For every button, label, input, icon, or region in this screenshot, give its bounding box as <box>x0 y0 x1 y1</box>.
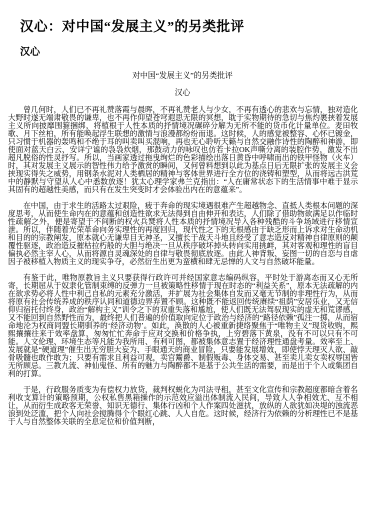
page-title: 汉心：对中国“发展主义”的另类批评 <box>0 0 365 34</box>
body-paragraph-1: 曾几何时，人们已不再礼赞落霞与晨晖，不再礼赞老人与少女，不再有透心的悲欢与忘情，… <box>8 106 358 194</box>
author-byline: 汉心 <box>0 34 365 58</box>
article-body: 曾几何时，人们已不再礼赞落霞与晨晖，不再礼赞老人与少女，不再有透心的悲欢与忘情，… <box>0 97 365 426</box>
document-page: 汉心：对中国“发展主义”的另类批评 汉心 对中国“发展主义”的另类批评 汉心 曾… <box>0 0 365 516</box>
document-centered-author: 汉心 <box>0 80 365 97</box>
body-paragraph-2: 在中国，由于求生的活路太过艰险，疲于奔命的现实境遇很难产生超越物念、直抵人类根本… <box>8 202 358 266</box>
body-paragraph-3: 有鉴于此，唯物原教旨主义只要获得行政许可并经国家意志编码纵容，平时处于游离态而又… <box>8 274 358 378</box>
document-centered-title: 对中国“发展主义”的另类批评 <box>0 58 365 80</box>
body-paragraph-4: 于是，行政服务质变为有偿权力放贷，裁判权蜕化为司法寻租，甚至文化宣传和宗教超度都… <box>8 386 358 426</box>
